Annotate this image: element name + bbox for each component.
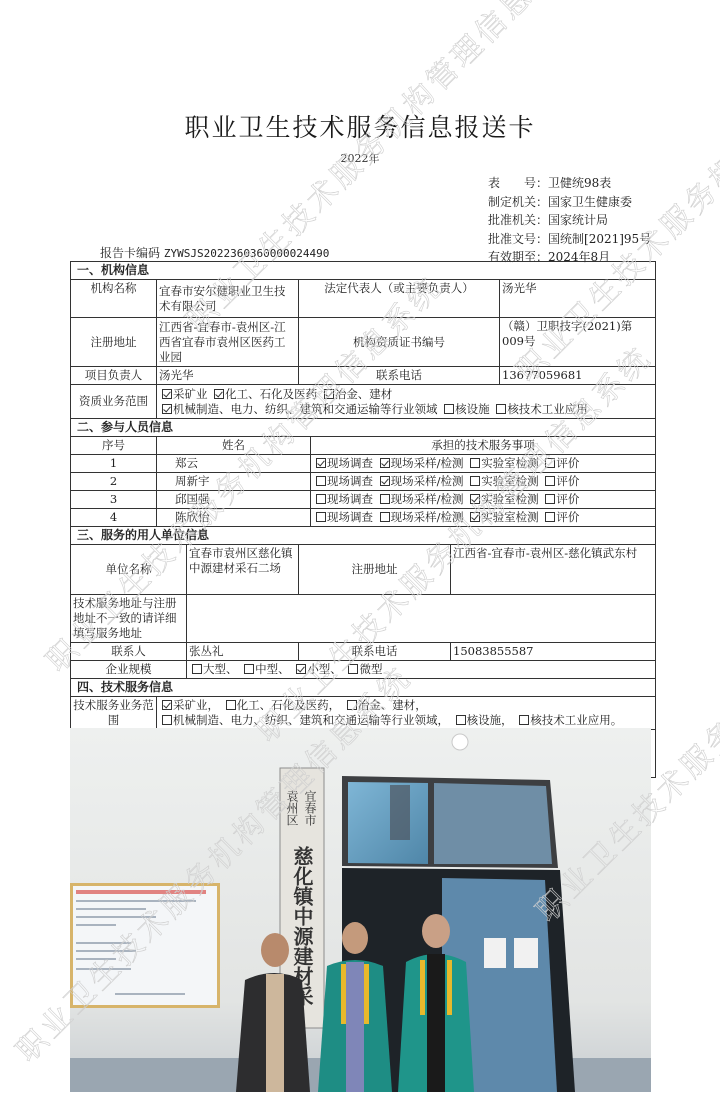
unit-name-label: 单位名称 <box>71 545 187 595</box>
cert-label: 机构资质证书编号 <box>299 318 500 367</box>
person-no: 1 <box>71 455 157 473</box>
option-label: 核设施， <box>467 713 513 727</box>
option-label: 实验室检测 <box>481 456 539 470</box>
option-label: 评价 <box>556 456 579 470</box>
sign-text: 宜春市 <box>303 790 317 826</box>
option-item: 采矿业， <box>159 698 219 712</box>
person-no: 2 <box>71 473 157 491</box>
option-item: 核技术工业应用 <box>493 402 588 416</box>
option-item: 小型、 <box>293 662 342 676</box>
service-address-value <box>187 595 656 643</box>
report-year: 2022年 <box>0 150 720 166</box>
unit-phone-label: 联系电话 <box>299 643 451 661</box>
card-code-value: ZYWSJS2022360360000024490 <box>164 247 330 260</box>
option-item: 评价 <box>542 474 579 488</box>
meta-row: 制定机关：国家卫生健康委 <box>488 193 651 212</box>
section1-heading: 一、机构信息 <box>71 262 656 280</box>
option-item: 现场采样/检测 <box>377 474 464 488</box>
checkbox-empty-icon[interactable] <box>348 664 358 674</box>
project-lead-label: 项目负责人 <box>71 367 157 385</box>
option-item: 核设施， <box>453 713 513 727</box>
option-label: 现场调查 <box>327 474 373 488</box>
meta-label: 批准机关： <box>488 213 548 227</box>
card-code: 报告卡编码 ZYWSJS2022360360000024490 <box>100 244 329 261</box>
checkbox-empty-icon[interactable] <box>496 404 506 414</box>
option-item: 现场调查 <box>313 474 373 488</box>
option-item: 机械制造、电力、纺织、建筑和交通运输等行业领域， <box>159 713 449 727</box>
unit-phone-value: 15083855587 <box>451 643 656 661</box>
sign-text: 袁州区 <box>285 789 299 826</box>
table-row: 1郑云现场调查 现场采样/检测 实验室检测 评价 <box>71 455 656 473</box>
option-label: 实验室检测 <box>481 474 539 488</box>
checkbox-checked-icon[interactable] <box>380 458 390 468</box>
checkbox-checked-icon[interactable] <box>470 512 480 522</box>
option-item: 采矿业 <box>159 387 211 401</box>
option-label: 现场调查 <box>327 492 373 506</box>
option-item: 中型、 <box>241 662 290 676</box>
qual-scope-label: 资质业务范围 <box>71 385 157 419</box>
qual-scope-options: 采矿业 化工、石化及医药 冶金、建材 机械制造、电力、纺织、建筑和交通运输等行业… <box>157 385 656 419</box>
person-no: 4 <box>71 509 157 527</box>
section3-heading: 三、服务的用人单位信息 <box>71 527 656 545</box>
meta-row: 批准文号：国统制[2021]95号 <box>488 230 651 249</box>
meta-row: 表 号：卫健统98表 <box>488 174 651 193</box>
checkbox-empty-icon[interactable] <box>347 700 357 710</box>
option-item: 核设施 <box>441 402 493 416</box>
checkbox-empty-icon[interactable] <box>470 476 480 486</box>
option-label: 现场调查 <box>327 510 373 524</box>
checkbox-empty-icon[interactable] <box>162 715 172 725</box>
option-label: 实验室检测 <box>481 510 539 524</box>
option-label: 评价 <box>556 492 579 506</box>
checkbox-empty-icon[interactable] <box>316 494 326 504</box>
site-photo: 袁州区 宜春市 慈化镇中源建材采 <box>70 728 651 1092</box>
option-label: 核技术工业应用。 <box>530 713 622 727</box>
checkbox-empty-icon[interactable] <box>545 476 555 486</box>
meta-value: 卫健统98表 <box>548 176 611 190</box>
table-row: 4陈欣怡现场调查 现场采样/检测 实验室检测 评价 <box>71 509 656 527</box>
person-tasks: 现场调查 现场采样/检测 实验室检测 评价 <box>311 509 656 527</box>
table-row: 2周新宇现场调查 现场采样/检测 实验室检测 评价 <box>71 473 656 491</box>
option-label: 冶金、建材 <box>335 387 393 401</box>
checkbox-empty-icon[interactable] <box>545 458 555 468</box>
document-title: 职业卫生技术服务信息报送卡 <box>0 108 720 144</box>
service-scope-label: 技术服务业务范围 <box>71 697 157 730</box>
checkbox-empty-icon[interactable] <box>470 458 480 468</box>
option-item: 实验室检测 <box>467 510 539 524</box>
section2-heading: 二、参与人员信息 <box>71 419 656 437</box>
option-item: 现场调查 <box>313 492 373 506</box>
service-address-label: 技术服务地址与注册地址不一致的请详细填写服务地址 <box>71 595 187 643</box>
option-label: 小型、 <box>307 662 342 676</box>
option-item: 评价 <box>542 456 579 470</box>
checkbox-empty-icon[interactable] <box>316 512 326 522</box>
option-label: 实验室检测 <box>481 492 539 506</box>
checkbox-empty-icon[interactable] <box>456 715 466 725</box>
reg-address-value: 江西省-宜春市-袁州区-江西省宜春市袁州区医药工业园 <box>157 318 299 367</box>
option-item: 实验室检测 <box>467 474 539 488</box>
company-size-options: 大型、 中型、 小型、 微型 <box>187 661 656 679</box>
section4-heading: 四、技术服务信息 <box>71 679 656 697</box>
meta-label: 制定机关： <box>488 195 548 209</box>
card-code-label: 报告卡编码 <box>100 246 160 260</box>
checkbox-empty-icon[interactable] <box>380 512 390 522</box>
checkbox-checked-icon[interactable] <box>162 389 172 399</box>
report-form-table: 一、机构信息 机构名称 宜春市安尔健职业卫生技术有限公司 法定代表人（或主要负责… <box>70 261 656 778</box>
option-item: 化工、石化及医药， <box>223 698 341 712</box>
unit-reg-address-label: 注册地址 <box>299 545 451 595</box>
option-item: 实验室检测 <box>467 456 539 470</box>
option-label: 核设施 <box>455 402 493 416</box>
option-item: 大型、 <box>189 662 238 676</box>
meta-row: 批准机关：国家统计局 <box>488 211 651 230</box>
option-item: 化工、石化及医药 <box>211 387 321 401</box>
meta-value: 国统制[2021]95号 <box>548 232 651 246</box>
option-label: 微型 <box>359 662 382 676</box>
option-item: 评价 <box>542 510 579 524</box>
option-item: 现场调查 <box>313 510 373 524</box>
option-item: 现场调查 <box>313 456 373 470</box>
option-item: 评价 <box>542 492 579 506</box>
option-item: 现场采样/检测 <box>377 510 464 524</box>
table-row: 3邱国强现场调查 现场采样/检测 实验室检测 评价 <box>71 491 656 509</box>
service-scope-options: 采矿业， 化工、石化及医药， 冶金、建材， 机械制造、电力、纺织、建筑和交通运输… <box>157 697 656 730</box>
checkbox-checked-icon[interactable] <box>162 700 172 710</box>
option-label: 化工、石化及医药， <box>237 698 341 712</box>
person-name: 邱国强 <box>157 491 311 509</box>
option-item: 现场采样/检测 <box>377 456 464 470</box>
checkbox-checked-icon[interactable] <box>470 494 480 504</box>
person-tasks: 现场调查 现场采样/检测 实验室检测 评价 <box>311 491 656 509</box>
meta-value: 国家统计局 <box>548 213 608 227</box>
unit-name-value: 宜春市袁州区慈化镇中源建材采石二场 <box>187 545 299 595</box>
checkbox-empty-icon[interactable] <box>444 404 454 414</box>
option-label: 评价 <box>556 474 579 488</box>
person-no: 3 <box>71 491 157 509</box>
option-item: 冶金、建材， <box>344 698 427 712</box>
option-label: 核技术工业应用 <box>507 402 588 416</box>
col-header-no: 序号 <box>71 437 157 455</box>
checkbox-empty-icon[interactable] <box>244 664 254 674</box>
option-label: 现场采样/检测 <box>391 456 464 470</box>
option-item: 机械制造、电力、纺织、建筑和交通运输等行业领域 <box>159 402 441 416</box>
reg-address-label: 注册地址 <box>71 318 157 367</box>
contact-label: 联系人 <box>71 643 187 661</box>
option-label: 采矿业， <box>173 698 219 712</box>
option-label: 中型、 <box>255 662 290 676</box>
company-size-label: 企业规模 <box>71 661 187 679</box>
checkbox-empty-icon[interactable] <box>380 494 390 504</box>
checkbox-empty-icon[interactable] <box>316 476 326 486</box>
site-photo-illustration: 袁州区 宜春市 慈化镇中源建材采 <box>70 728 651 1092</box>
option-label: 采矿业 <box>173 387 211 401</box>
option-label: 现场调查 <box>327 456 373 470</box>
option-label: 现场采样/检测 <box>391 474 464 488</box>
option-item: 核技术工业应用。 <box>516 713 622 727</box>
checkbox-checked-icon[interactable] <box>162 404 172 414</box>
option-item: 实验室检测 <box>467 492 539 506</box>
meta-label: 表 号： <box>488 176 548 190</box>
person-tasks: 现场调查 现场采样/检测 实验室检测 评价 <box>311 455 656 473</box>
person-name: 郑云 <box>157 455 311 473</box>
option-label: 化工、石化及医药 <box>225 387 321 401</box>
option-label: 现场采样/检测 <box>391 510 464 524</box>
legal-rep-value: 汤光华 <box>500 280 656 318</box>
cert-value: （赣）卫职技字(2021)第009号 <box>500 318 656 367</box>
option-item: 冶金、建材 <box>321 387 393 401</box>
person-name: 陈欣怡 <box>157 509 311 527</box>
checkbox-checked-icon[interactable] <box>214 389 224 399</box>
org-phone-value: 13677059681 <box>500 367 656 385</box>
person-tasks: 现场调查 现场采样/检测 实验室检测 评价 <box>311 473 656 491</box>
option-label: 大型、 <box>203 662 238 676</box>
option-label: 评价 <box>556 510 579 524</box>
form-meta: 表 号：卫健统98表 制定机关：国家卫生健康委 批准机关：国家统计局 批准文号：… <box>488 174 651 267</box>
meta-label: 批准文号： <box>488 232 548 246</box>
checkbox-empty-icon[interactable] <box>226 700 236 710</box>
org-phone-label: 联系电话 <box>299 367 500 385</box>
checkbox-checked-icon[interactable] <box>316 458 326 468</box>
checkbox-checked-icon[interactable] <box>324 389 334 399</box>
org-name-value: 宜春市安尔健职业卫生技术有限公司 <box>157 280 299 318</box>
checkbox-empty-icon[interactable] <box>192 664 202 674</box>
person-name: 周新宇 <box>157 473 311 491</box>
unit-reg-address-value: 江西省-宜春市-袁州区-慈化镇武东村 <box>451 545 656 595</box>
col-header-tasks: 承担的技术服务事项 <box>311 437 656 455</box>
option-label: 现场采样/检测 <box>391 492 464 506</box>
option-item: 现场采样/检测 <box>377 492 464 506</box>
org-name-label: 机构名称 <box>71 280 157 318</box>
checkbox-empty-icon[interactable] <box>545 512 555 522</box>
checkbox-empty-icon[interactable] <box>519 715 529 725</box>
project-lead-value: 汤光华 <box>157 367 299 385</box>
checkbox-checked-icon[interactable] <box>380 476 390 486</box>
legal-rep-label: 法定代表人（或主要负责人） <box>299 280 500 318</box>
meta-value: 国家卫生健康委 <box>548 195 632 209</box>
checkbox-empty-icon[interactable] <box>545 494 555 504</box>
contact-value: 张丛礼 <box>187 643 299 661</box>
checkbox-checked-icon[interactable] <box>296 664 306 674</box>
option-label: 机械制造、电力、纺织、建筑和交通运输等行业领域， <box>173 713 449 727</box>
option-label: 机械制造、电力、纺织、建筑和交通运输等行业领域 <box>173 402 441 416</box>
option-item: 微型 <box>345 662 382 676</box>
col-header-name: 姓名 <box>157 437 311 455</box>
option-label: 冶金、建材， <box>358 698 427 712</box>
